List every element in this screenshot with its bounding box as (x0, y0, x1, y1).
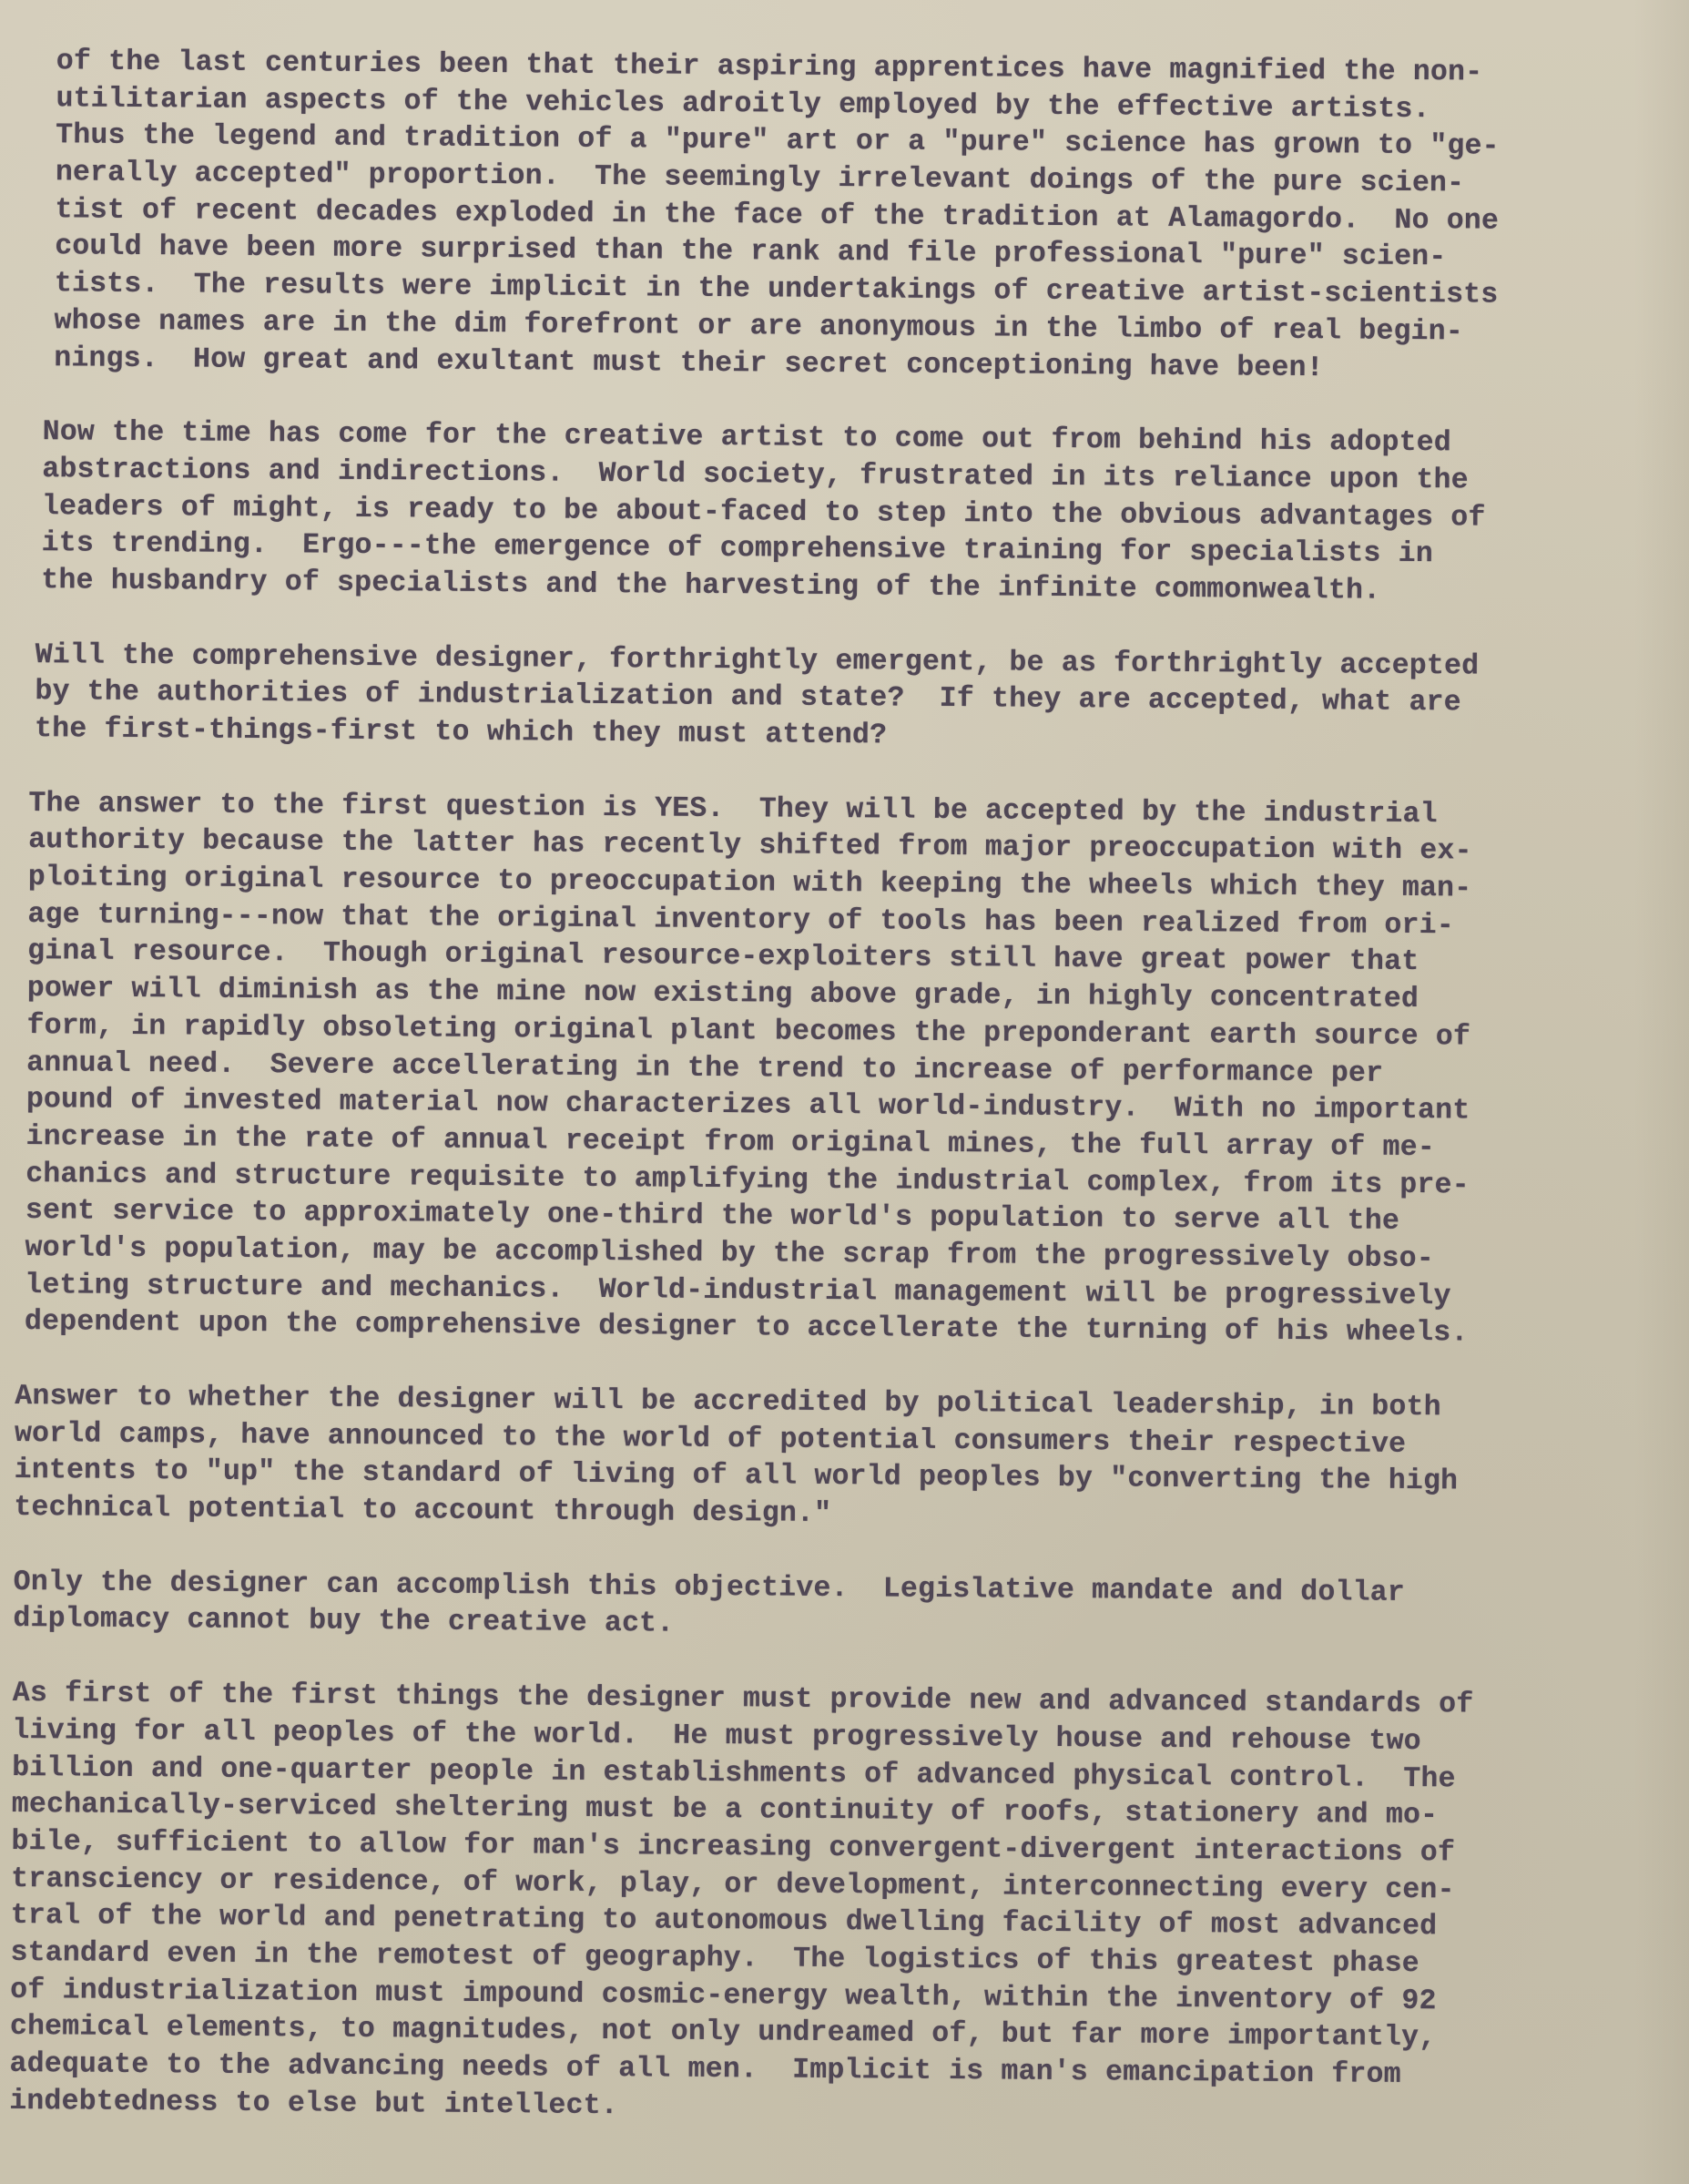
paragraph: Answer to whether the designer will be a… (14, 1379, 1644, 1540)
document-body: of the last centuries been that their as… (9, 44, 1655, 2170)
paragraph: of the last centuries been that their as… (23, 44, 1655, 390)
paragraph: Now the time has come for the creative a… (21, 414, 1653, 612)
typewritten-page: of the last centuries been that their as… (0, 0, 1689, 2184)
paragraph: Only the designer can accomplish this ob… (13, 1565, 1643, 1651)
paragraph: As first of the first things the designe… (9, 1676, 1643, 2133)
paragraph: Will the comprehensive designer, forthri… (20, 638, 1651, 761)
paragraph: The answer to the first question is YES.… (15, 786, 1650, 1354)
